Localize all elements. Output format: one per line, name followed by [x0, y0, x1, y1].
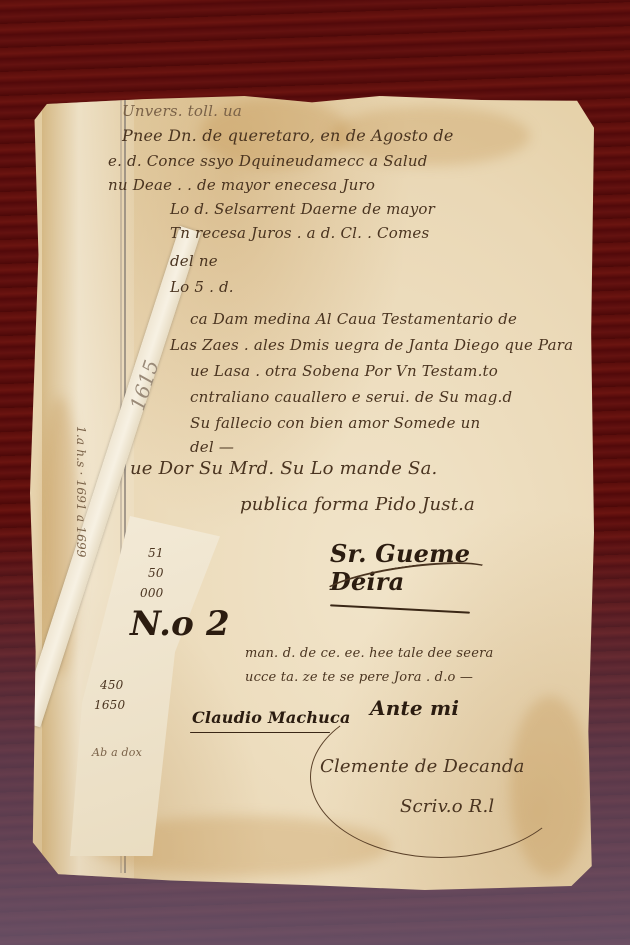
vertical-margin-note: 1.a h.s · 1691 a 1699	[74, 426, 88, 558]
closing-line: publica forma Pido Just.a	[240, 494, 475, 515]
body-line: e. d. Conce ssyo Dquineudamecc a Salud	[108, 152, 428, 170]
signature-underline	[190, 732, 330, 733]
slip-number: 51	[148, 546, 164, 560]
body-line: del ne	[170, 252, 218, 270]
body-line: Pnee Dn. de queretaro, en de Agosto de	[122, 126, 454, 145]
lower-left-signature: Claudio Machuca	[192, 708, 351, 727]
slip-number: 1650	[94, 698, 125, 712]
body-line: nu Deae . . de mayor enecesa Juro	[108, 176, 375, 194]
body-line: ue Lasa . otra Sobena Por Vn Testam.to	[190, 362, 498, 380]
slip-number: 000	[140, 586, 164, 600]
body-line: del —	[190, 438, 234, 456]
body-line: Su fallecio con bien amor Somede un	[190, 414, 480, 432]
lower-line: man. d. de ce. ee. hee tale dee seera	[245, 646, 493, 661]
body-line: Lo 5 . d.	[170, 278, 234, 296]
slip-marking: N.o 2	[130, 604, 230, 644]
body-line: Las Zaes . ales Dmis uegra de Janta Dieg…	[170, 336, 573, 354]
closing-line: ue Dor Su Mrd. Su Lo mande Sa.	[130, 458, 437, 479]
slip-number: 50	[148, 566, 164, 580]
body-line: ca Dam medina Al Caua Testamentario de	[190, 310, 517, 328]
notary-flourish	[310, 696, 572, 858]
body-line: Tn recesa Juros . a d. Cl. . Comes	[170, 224, 429, 242]
manuscript-page: Unvers. toll. ua Pnee Dn. de queretaro, …	[30, 96, 594, 890]
body-line: Lo d. Selsarrent Daerne de mayor	[170, 200, 435, 218]
manuscript-photo: Unvers. toll. ua Pnee Dn. de queretaro, …	[0, 0, 630, 945]
header-note: Unvers. toll. ua	[122, 102, 242, 120]
body-line: cntraliano cauallero e serui. de Su mag.…	[190, 388, 512, 406]
signature-underline	[330, 604, 470, 613]
slip-bottom-note: Ab a dox	[92, 746, 142, 759]
slip-number: 450	[100, 678, 124, 692]
lower-line: ucce ta. ze te se pere Jora . d.o —	[245, 670, 473, 685]
